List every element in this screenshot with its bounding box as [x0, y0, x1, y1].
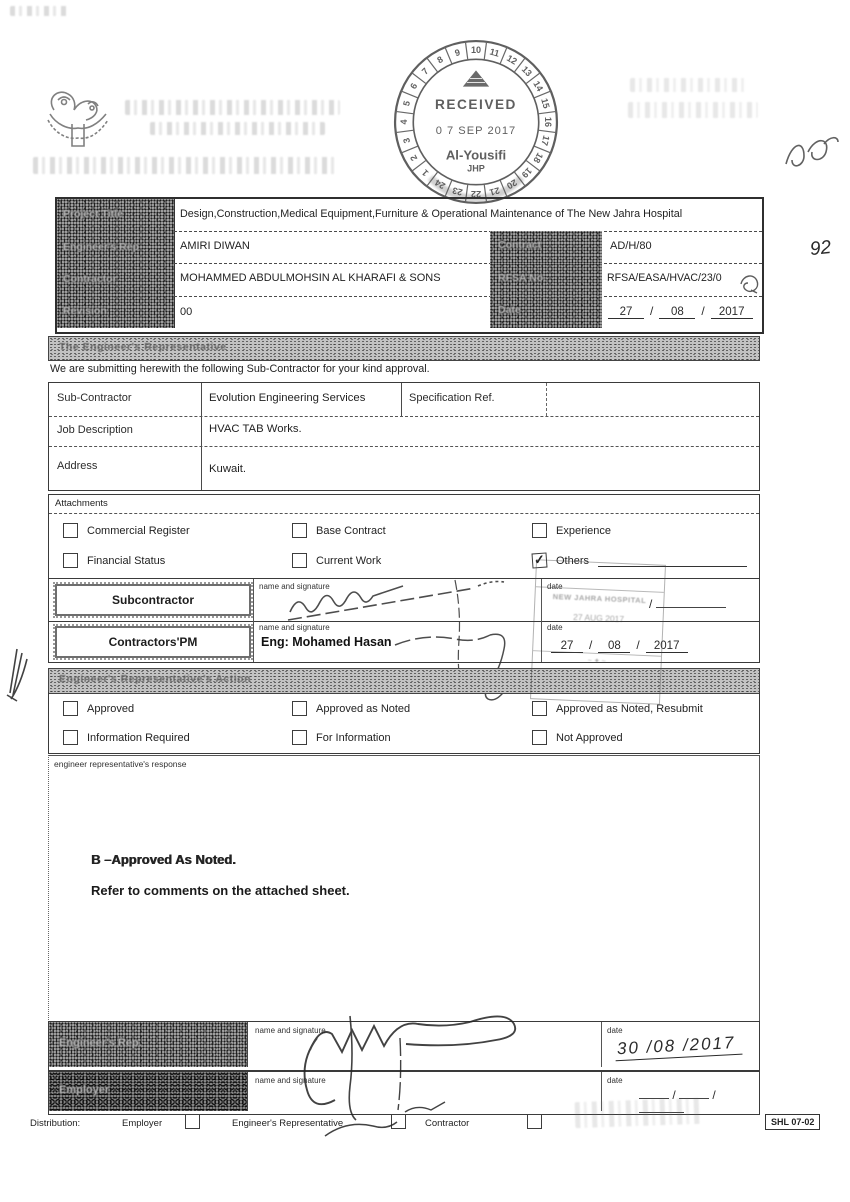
svg-text:2: 2: [408, 153, 419, 162]
margin-scribble: [1, 645, 35, 707]
date-day: 27: [608, 306, 644, 319]
svg-text:8: 8: [435, 54, 444, 65]
rfsa-value: RFSA/EASA/HVAC/23/0: [607, 272, 722, 284]
handwritten-page-number: 92: [809, 237, 832, 261]
base-contract-label: Base Contract: [316, 525, 386, 537]
svg-text:18: 18: [531, 151, 545, 165]
letterhead-faint-line: [125, 100, 340, 115]
header-table: Project Title Engineer's Rep Contractor …: [55, 197, 764, 334]
section1-title: The Engineer's Representative: [49, 337, 759, 353]
response-box: engineer representative's response B –Ap…: [48, 755, 760, 1022]
engineers-rep-label: Engineer's Rep: [63, 241, 139, 253]
header-label-column: Project Title Engineer's Rep Contractor …: [57, 199, 175, 328]
section-bar-engineers-representative: The Engineer's Representative: [48, 336, 760, 361]
contract-label: Contract: [490, 231, 602, 251]
svg-text:6: 6: [408, 81, 419, 90]
attachment-item: Base Contract: [292, 523, 386, 538]
approved-resubmit-label: Approved as Noted, Resubmit: [556, 703, 703, 715]
row-divider: [49, 446, 759, 447]
name-signature-label: name and signature: [259, 623, 330, 632]
svg-text:13: 13: [520, 64, 534, 78]
stamp-sub: JHP: [467, 164, 485, 174]
approved-as-noted-label: Approved as Noted: [316, 703, 410, 715]
row-divider: [174, 231, 762, 232]
project-title-value: Design,Construction,Medical Equipment,Fu…: [180, 208, 758, 220]
employer-row-label: Employer: [49, 1072, 247, 1096]
row-divider: [174, 296, 762, 297]
subcontractor-row-label: Subcontractor: [55, 584, 251, 616]
experience-checkbox[interactable]: [532, 523, 547, 538]
svg-text:10: 10: [471, 45, 481, 55]
commercial-register-label: Commercial Register: [87, 525, 190, 537]
subcontractor-label: Sub-Contractor: [57, 392, 132, 404]
received-date-stamp: 123456789101112131415161718192021222324 …: [390, 36, 562, 208]
date-year: 2017: [711, 306, 753, 319]
svg-text:3: 3: [401, 137, 412, 144]
action-item: Information Required: [63, 730, 190, 745]
revision-value: 00: [180, 306, 192, 318]
for-information-checkbox[interactable]: [292, 730, 307, 745]
stamp-received-label: RECEIVED: [435, 97, 517, 112]
stamp-org: Al-Yousifi: [446, 147, 506, 162]
response-line1: B –Approved As Noted.: [91, 852, 236, 867]
row-divider: [49, 416, 759, 417]
job-description-value: HVAC TAB Works.: [209, 423, 302, 435]
svg-text:4: 4: [399, 119, 409, 125]
hospital-stamp-overlay: NEW JAHRA HOSPITAL 27 AUG 2017 ~ ✦ ~: [530, 559, 666, 705]
approved-label: Approved: [87, 703, 134, 715]
stamp-date: 0 7 SEP 2017: [436, 125, 517, 137]
action-item: Not Approved: [532, 730, 623, 745]
not-approved-label: Not Approved: [556, 732, 623, 744]
form-code-badge: SHL 07-02: [765, 1114, 820, 1130]
job-description-label: Job Description: [57, 424, 133, 436]
svg-text:1: 1: [420, 167, 431, 178]
address-label: Address: [57, 460, 97, 472]
attachment-item: Commercial Register: [63, 523, 190, 538]
subcontractor-table: Sub-Contractor Evolution Engineering Ser…: [48, 382, 760, 491]
letterhead-faint-line: [33, 157, 338, 174]
svg-text:11: 11: [489, 47, 501, 59]
contractors-pm-row-label: Contractors'PM: [55, 626, 251, 658]
approved-as-noted-checkbox[interactable]: [292, 701, 307, 716]
project-title-label: Project Title: [63, 208, 123, 220]
header-date-value: 27/08/2017: [608, 302, 758, 320]
svg-text:15: 15: [539, 97, 551, 109]
contract-label-cell: Contract: [490, 231, 602, 263]
engineers-rep-value: AMIRI DIWAN: [180, 240, 250, 252]
action-item: Approved as Noted: [292, 701, 410, 716]
experience-label: Experience: [556, 525, 611, 537]
subcontractor-value: Evolution Engineering Services: [209, 392, 365, 404]
engineers-rep-signature: [255, 1008, 585, 1148]
distribution-employer-label: Employer: [122, 1118, 162, 1129]
revision-label: Revision: [63, 305, 107, 317]
col-divider: [201, 383, 202, 490]
spec-ref-label: Specification Ref.: [409, 392, 495, 404]
response-line2: Refer to comments on the attached sheet.: [91, 883, 350, 898]
rfsa-label: RFSA No.: [490, 263, 602, 284]
date-month: 08: [659, 306, 695, 319]
response-label: engineer representative's response: [54, 759, 187, 769]
approved-resubmit-checkbox[interactable]: [532, 701, 547, 716]
distribution-label: Distribution:: [30, 1118, 80, 1129]
date-label: date: [607, 1076, 623, 1085]
pm-name: Eng: Mohamed Hasan: [261, 635, 392, 649]
approved-checkbox[interactable]: [63, 701, 78, 716]
col-divider: [253, 579, 254, 621]
base-contract-checkbox[interactable]: [292, 523, 307, 538]
engrep-date-handwritten: 30 /08 /2017: [615, 1033, 743, 1062]
rfsa-label-cell: RFSA No.: [490, 263, 602, 296]
col-divider: [601, 1022, 602, 1067]
divider: [49, 513, 759, 514]
col-divider: [253, 620, 254, 662]
row-divider: [174, 263, 762, 264]
action-item: Approved: [63, 701, 134, 716]
date-label-cell: Date: [490, 296, 602, 328]
handwritten-scribble: [778, 122, 842, 180]
date-label: Date: [490, 296, 602, 316]
action-item: Approved as Noted, Resubmit: [532, 701, 703, 716]
contractor-value: MOHAMMED ABDULMOHSIN AL KHARAFI & SONS: [180, 272, 441, 284]
svg-text:7: 7: [420, 66, 431, 77]
attachments-title: Attachments: [55, 498, 108, 509]
faint-stamp-fragment: [630, 78, 745, 92]
address-value: Kuwait.: [209, 463, 246, 475]
col-divider: [401, 383, 402, 416]
submittal-note: We are submitting herewith the following…: [50, 363, 430, 375]
svg-text:16: 16: [543, 117, 553, 127]
svg-text:19: 19: [520, 166, 534, 180]
engineers-rep-row-label: Engineer's Rep.: [49, 1022, 247, 1049]
contract-value: AD/H/80: [610, 240, 652, 252]
scanned-form-page: 123456789101112131415161718192021222324 …: [0, 0, 850, 1202]
svg-text:14: 14: [531, 79, 545, 94]
hospital-stamp-date: 27 AUG 2017: [534, 610, 662, 626]
information-required-checkbox[interactable]: [63, 730, 78, 745]
handwritten-circle-mark: [737, 272, 761, 294]
scan-noise-corner: [10, 6, 70, 16]
commercial-register-checkbox[interactable]: [63, 523, 78, 538]
financial-status-checkbox[interactable]: [63, 553, 78, 568]
engineers-rep-row-label-cell: Engineer's Rep.: [49, 1022, 248, 1067]
information-required-label: Information Required: [87, 732, 190, 744]
col-divider: [546, 383, 547, 416]
letterhead-faint-line: [150, 122, 325, 135]
svg-text:12: 12: [505, 53, 519, 67]
svg-text:17: 17: [539, 134, 551, 146]
attachment-item: Experience: [532, 523, 611, 538]
contractor-label: Contractor: [63, 273, 117, 285]
for-information-label: For Information: [316, 732, 391, 744]
attachment-item: Financial Status: [63, 553, 165, 568]
faint-footer-stamp: [575, 1098, 701, 1128]
distribution-employer-checkbox[interactable]: [185, 1114, 200, 1129]
action-item: For Information: [292, 730, 391, 745]
hospital-stamp-text: NEW JAHRA HOSPITAL: [535, 591, 663, 606]
employer-row-label-cell: Employer: [49, 1072, 248, 1111]
svg-text:5: 5: [401, 100, 412, 107]
svg-text:9: 9: [454, 47, 461, 58]
financial-status-label: Financial Status: [87, 555, 165, 567]
not-approved-checkbox[interactable]: [532, 730, 547, 745]
faint-stamp-fragment: [628, 102, 758, 118]
date-label: date: [607, 1026, 623, 1035]
